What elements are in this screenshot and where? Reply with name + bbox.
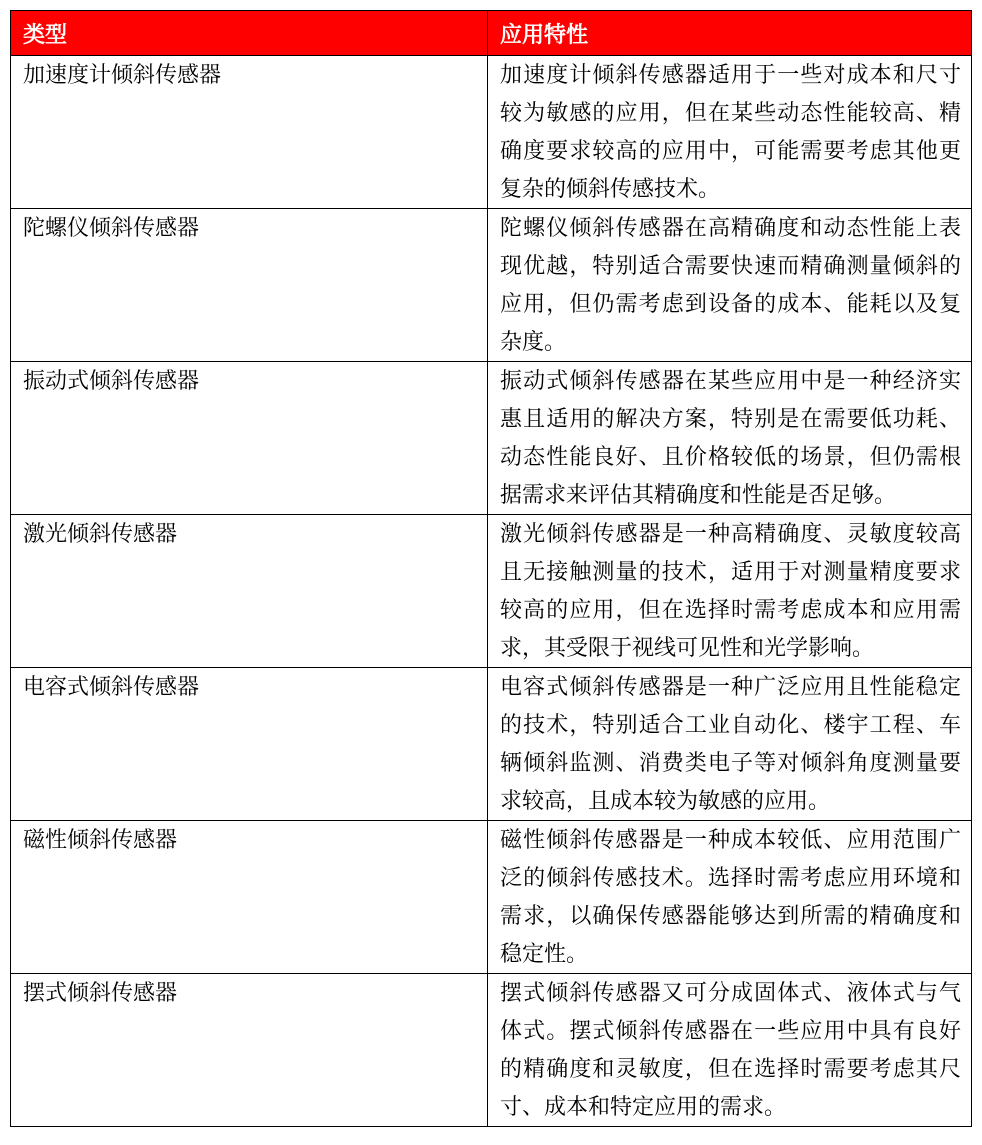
type-cell: 磁性倾斜传感器 bbox=[11, 821, 488, 974]
table-row: 陀螺仪倾斜传感器 陀螺仪倾斜传感器在高精确度和动态性能上表现优越，特别适合需要快… bbox=[11, 209, 972, 362]
table-row: 加速度计倾斜传感器 加速度计倾斜传感器适用于一些对成本和尺寸较为敏感的应用，但在… bbox=[11, 56, 972, 209]
tilt-sensor-table: 类型 应用特性 加速度计倾斜传感器 加速度计倾斜传感器适用于一些对成本和尺寸较为… bbox=[10, 10, 972, 1127]
table-row: 激光倾斜传感器 激光倾斜传感器是一种高精确度、灵敏度较高且无接触测量的技术，适用… bbox=[11, 515, 972, 668]
feature-cell: 陀螺仪倾斜传感器在高精确度和动态性能上表现优越，特别适合需要快速而精确测量倾斜的… bbox=[488, 209, 972, 362]
table-row: 磁性倾斜传感器 磁性倾斜传感器是一种成本较低、应用范围广泛的倾斜传感技术。选择时… bbox=[11, 821, 972, 974]
feature-cell: 振动式倾斜传感器在某些应用中是一种经济实惠且适用的解决方案，特别是在需要低功耗、… bbox=[488, 362, 972, 515]
header-row: 类型 应用特性 bbox=[11, 11, 972, 56]
feature-cell: 加速度计倾斜传感器适用于一些对成本和尺寸较为敏感的应用，但在某些动态性能较高、精… bbox=[488, 56, 972, 209]
type-cell: 摆式倾斜传感器 bbox=[11, 974, 488, 1127]
feature-cell: 激光倾斜传感器是一种高精确度、灵敏度较高且无接触测量的技术，适用于对测量精度要求… bbox=[488, 515, 972, 668]
feature-cell: 电容式倾斜传感器是一种广泛应用且性能稳定的技术，特别适合工业自动化、楼宇工程、车… bbox=[488, 668, 972, 821]
type-cell: 陀螺仪倾斜传感器 bbox=[11, 209, 488, 362]
table-row: 振动式倾斜传感器 振动式倾斜传感器在某些应用中是一种经济实惠且适用的解决方案，特… bbox=[11, 362, 972, 515]
type-cell: 加速度计倾斜传感器 bbox=[11, 56, 488, 209]
table-row: 摆式倾斜传感器 摆式倾斜传感器又可分成固体式、液体式与气体式。摆式倾斜传感器在一… bbox=[11, 974, 972, 1127]
type-cell: 激光倾斜传感器 bbox=[11, 515, 488, 668]
header-cell-type: 类型 bbox=[11, 11, 488, 56]
type-cell: 电容式倾斜传感器 bbox=[11, 668, 488, 821]
feature-cell: 摆式倾斜传感器又可分成固体式、液体式与气体式。摆式倾斜传感器在一些应用中具有良好… bbox=[488, 974, 972, 1127]
feature-cell: 磁性倾斜传感器是一种成本较低、应用范围广泛的倾斜传感技术。选择时需考虑应用环境和… bbox=[488, 821, 972, 974]
type-cell: 振动式倾斜传感器 bbox=[11, 362, 488, 515]
header-cell-feature: 应用特性 bbox=[488, 11, 972, 56]
table-row: 电容式倾斜传感器 电容式倾斜传感器是一种广泛应用且性能稳定的技术，特别适合工业自… bbox=[11, 668, 972, 821]
document-page: 类型 应用特性 加速度计倾斜传感器 加速度计倾斜传感器适用于一些对成本和尺寸较为… bbox=[0, 0, 982, 1145]
